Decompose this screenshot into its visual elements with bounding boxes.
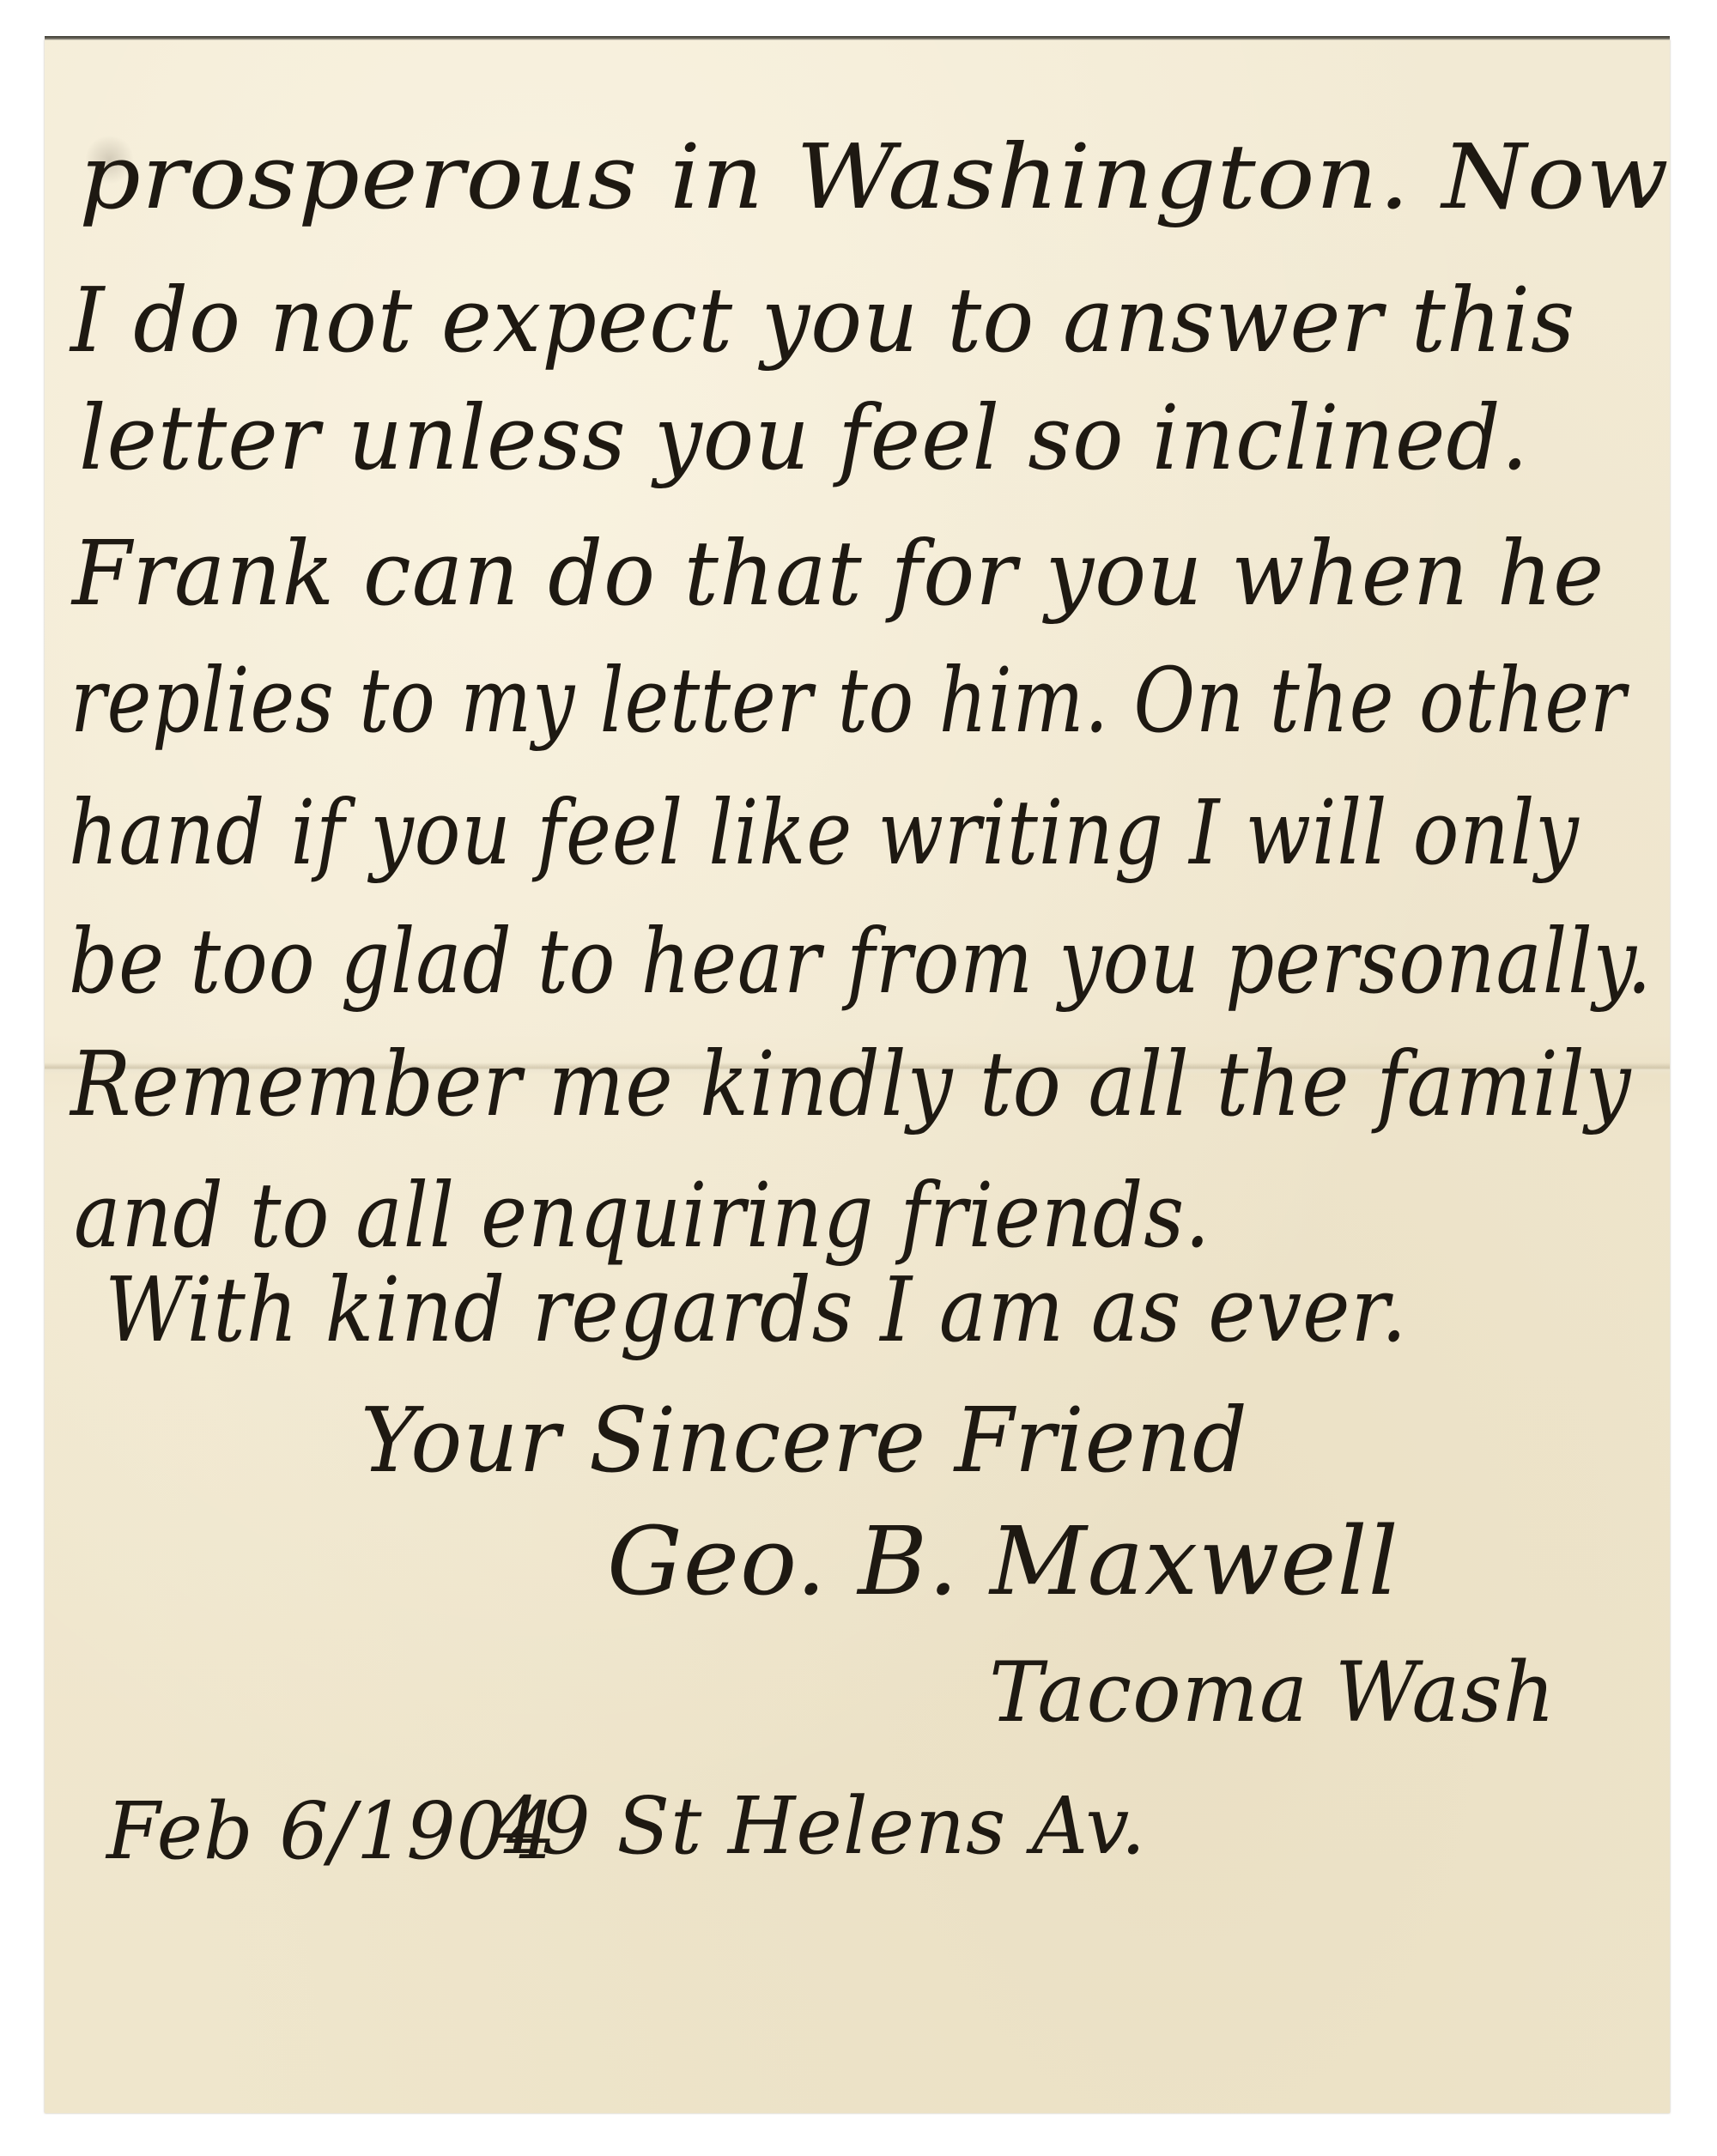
letter-line-8: Remember me kindly to all the family [70, 1039, 1631, 1129]
letter-line-4: Frank can do that for you when he [72, 529, 1605, 618]
paper-top-edge [45, 36, 1670, 40]
letter-line-9: and to all enquiring friends. [74, 1171, 1210, 1260]
letter-line-5: replies to my letter to him. On the othe… [70, 656, 1626, 745]
signature: Geo. B. Maxwell [607, 1514, 1399, 1608]
letter-page: prosperous in Washington. Now I do not e… [45, 39, 1670, 2113]
valediction: With kind regards I am as ever. [105, 1265, 1407, 1354]
place-of-writing: Tacoma Wash [989, 1651, 1556, 1734]
sender-address: 49 St Helens Av. [491, 1787, 1146, 1866]
letter-line-3: letter unless you feel so inclined. [79, 393, 1529, 482]
complimentary-close: Your Sincere Friend [361, 1396, 1248, 1485]
letter-line-1: prosperous in Washington. Now [79, 132, 1670, 221]
letter-line-7: be too glad to hear from you personally. [69, 917, 1652, 1006]
letter-line-6: hand if you feel like writing I will onl… [69, 788, 1580, 877]
letter-line-2: I do not expect you to answer this [70, 276, 1575, 365]
letter-date: Feb 6/1904 [106, 1792, 556, 1871]
